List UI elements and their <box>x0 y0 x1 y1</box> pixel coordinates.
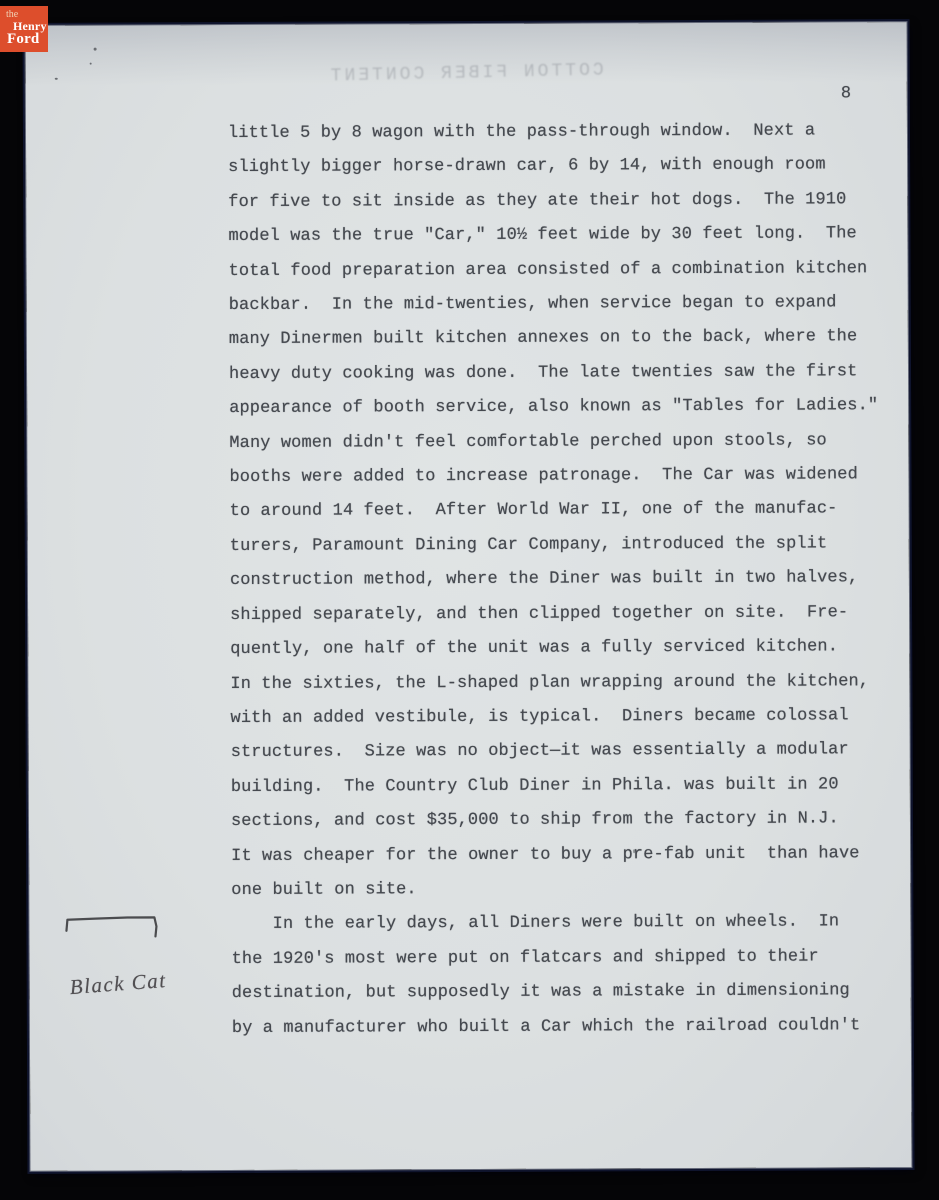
typed-line: backbar. In the mid-twenties, when servi… <box>229 286 889 323</box>
typed-line: booths were added to increase patronage.… <box>229 458 889 495</box>
typed-line: turers, Paramount Dining Car Company, in… <box>230 527 890 564</box>
page-number: 8 <box>841 84 851 103</box>
typed-line: one built on site. <box>231 871 891 908</box>
typed-line: heavy duty cooking was done. The late tw… <box>229 355 889 392</box>
typed-line: with an added vestibule, is typical. Din… <box>230 699 890 736</box>
dust-speck <box>55 78 58 80</box>
watermark-bleedthrough-text: COTTON FIBER CONTENT <box>274 61 604 88</box>
typed-line: the 1920's most were put on flatcars and… <box>232 940 892 977</box>
typed-line: little 5 by 8 wagon with the pass-throug… <box>228 114 888 151</box>
typed-line: building. The Country Club Diner in Phil… <box>231 768 891 805</box>
typed-line: for five to sit inside as they ate their… <box>228 183 888 220</box>
dust-speck <box>90 63 92 65</box>
typed-line: construction method, where the Diner was… <box>230 561 890 598</box>
hand-drawn-bracket <box>63 913 161 939</box>
dust-speck <box>633 849 635 853</box>
typed-line: sections, and cost $35,000 to ship from … <box>231 802 891 839</box>
typed-line: slightly bigger horse-drawn car, 6 by 14… <box>228 149 888 186</box>
typed-text-block: little 5 by 8 wagon with the pass-throug… <box>228 114 892 1046</box>
typed-line: structures. Size was no object—it was es… <box>231 733 891 770</box>
henry-ford-logo: the Henry Ford <box>0 6 48 52</box>
typed-line: In the sixties, the L-shaped plan wrappi… <box>230 665 890 702</box>
typed-line: by a manufacturer who built a Car which … <box>232 1009 892 1046</box>
logo-text-ford: Ford <box>7 31 39 48</box>
typed-line: quently, one half of the unit was a full… <box>230 630 890 667</box>
dust-speck <box>94 48 97 51</box>
typed-line: In the early days, all Diners were built… <box>231 906 891 943</box>
typed-line: It was cheaper for the owner to buy a pr… <box>231 837 891 874</box>
typed-line: to around 14 feet. After World War II, o… <box>230 493 890 530</box>
typed-line: many Dinermen built kitchen annexes on t… <box>229 321 889 358</box>
typed-line: appearance of booth service, also known … <box>229 389 889 426</box>
typed-line: shipped separately, and then clipped tog… <box>230 596 890 633</box>
typed-line: Many women didn't feel comfortable perch… <box>229 424 889 461</box>
scanned-paper-sheet: COTTON FIBER CONTENT 8 little 5 by 8 wag… <box>26 22 912 1171</box>
handwritten-note-black-cat: Black Cat <box>69 968 167 1000</box>
typed-line: model was the true "Car," 10½ feet wide … <box>228 217 888 254</box>
typed-line: destination, but supposedly it was a mis… <box>232 974 892 1011</box>
scanned-document-page: { "logo": { "prefix": "the", "name_line1… <box>0 0 939 1200</box>
typed-line: total food preparation area consisted of… <box>229 252 889 289</box>
